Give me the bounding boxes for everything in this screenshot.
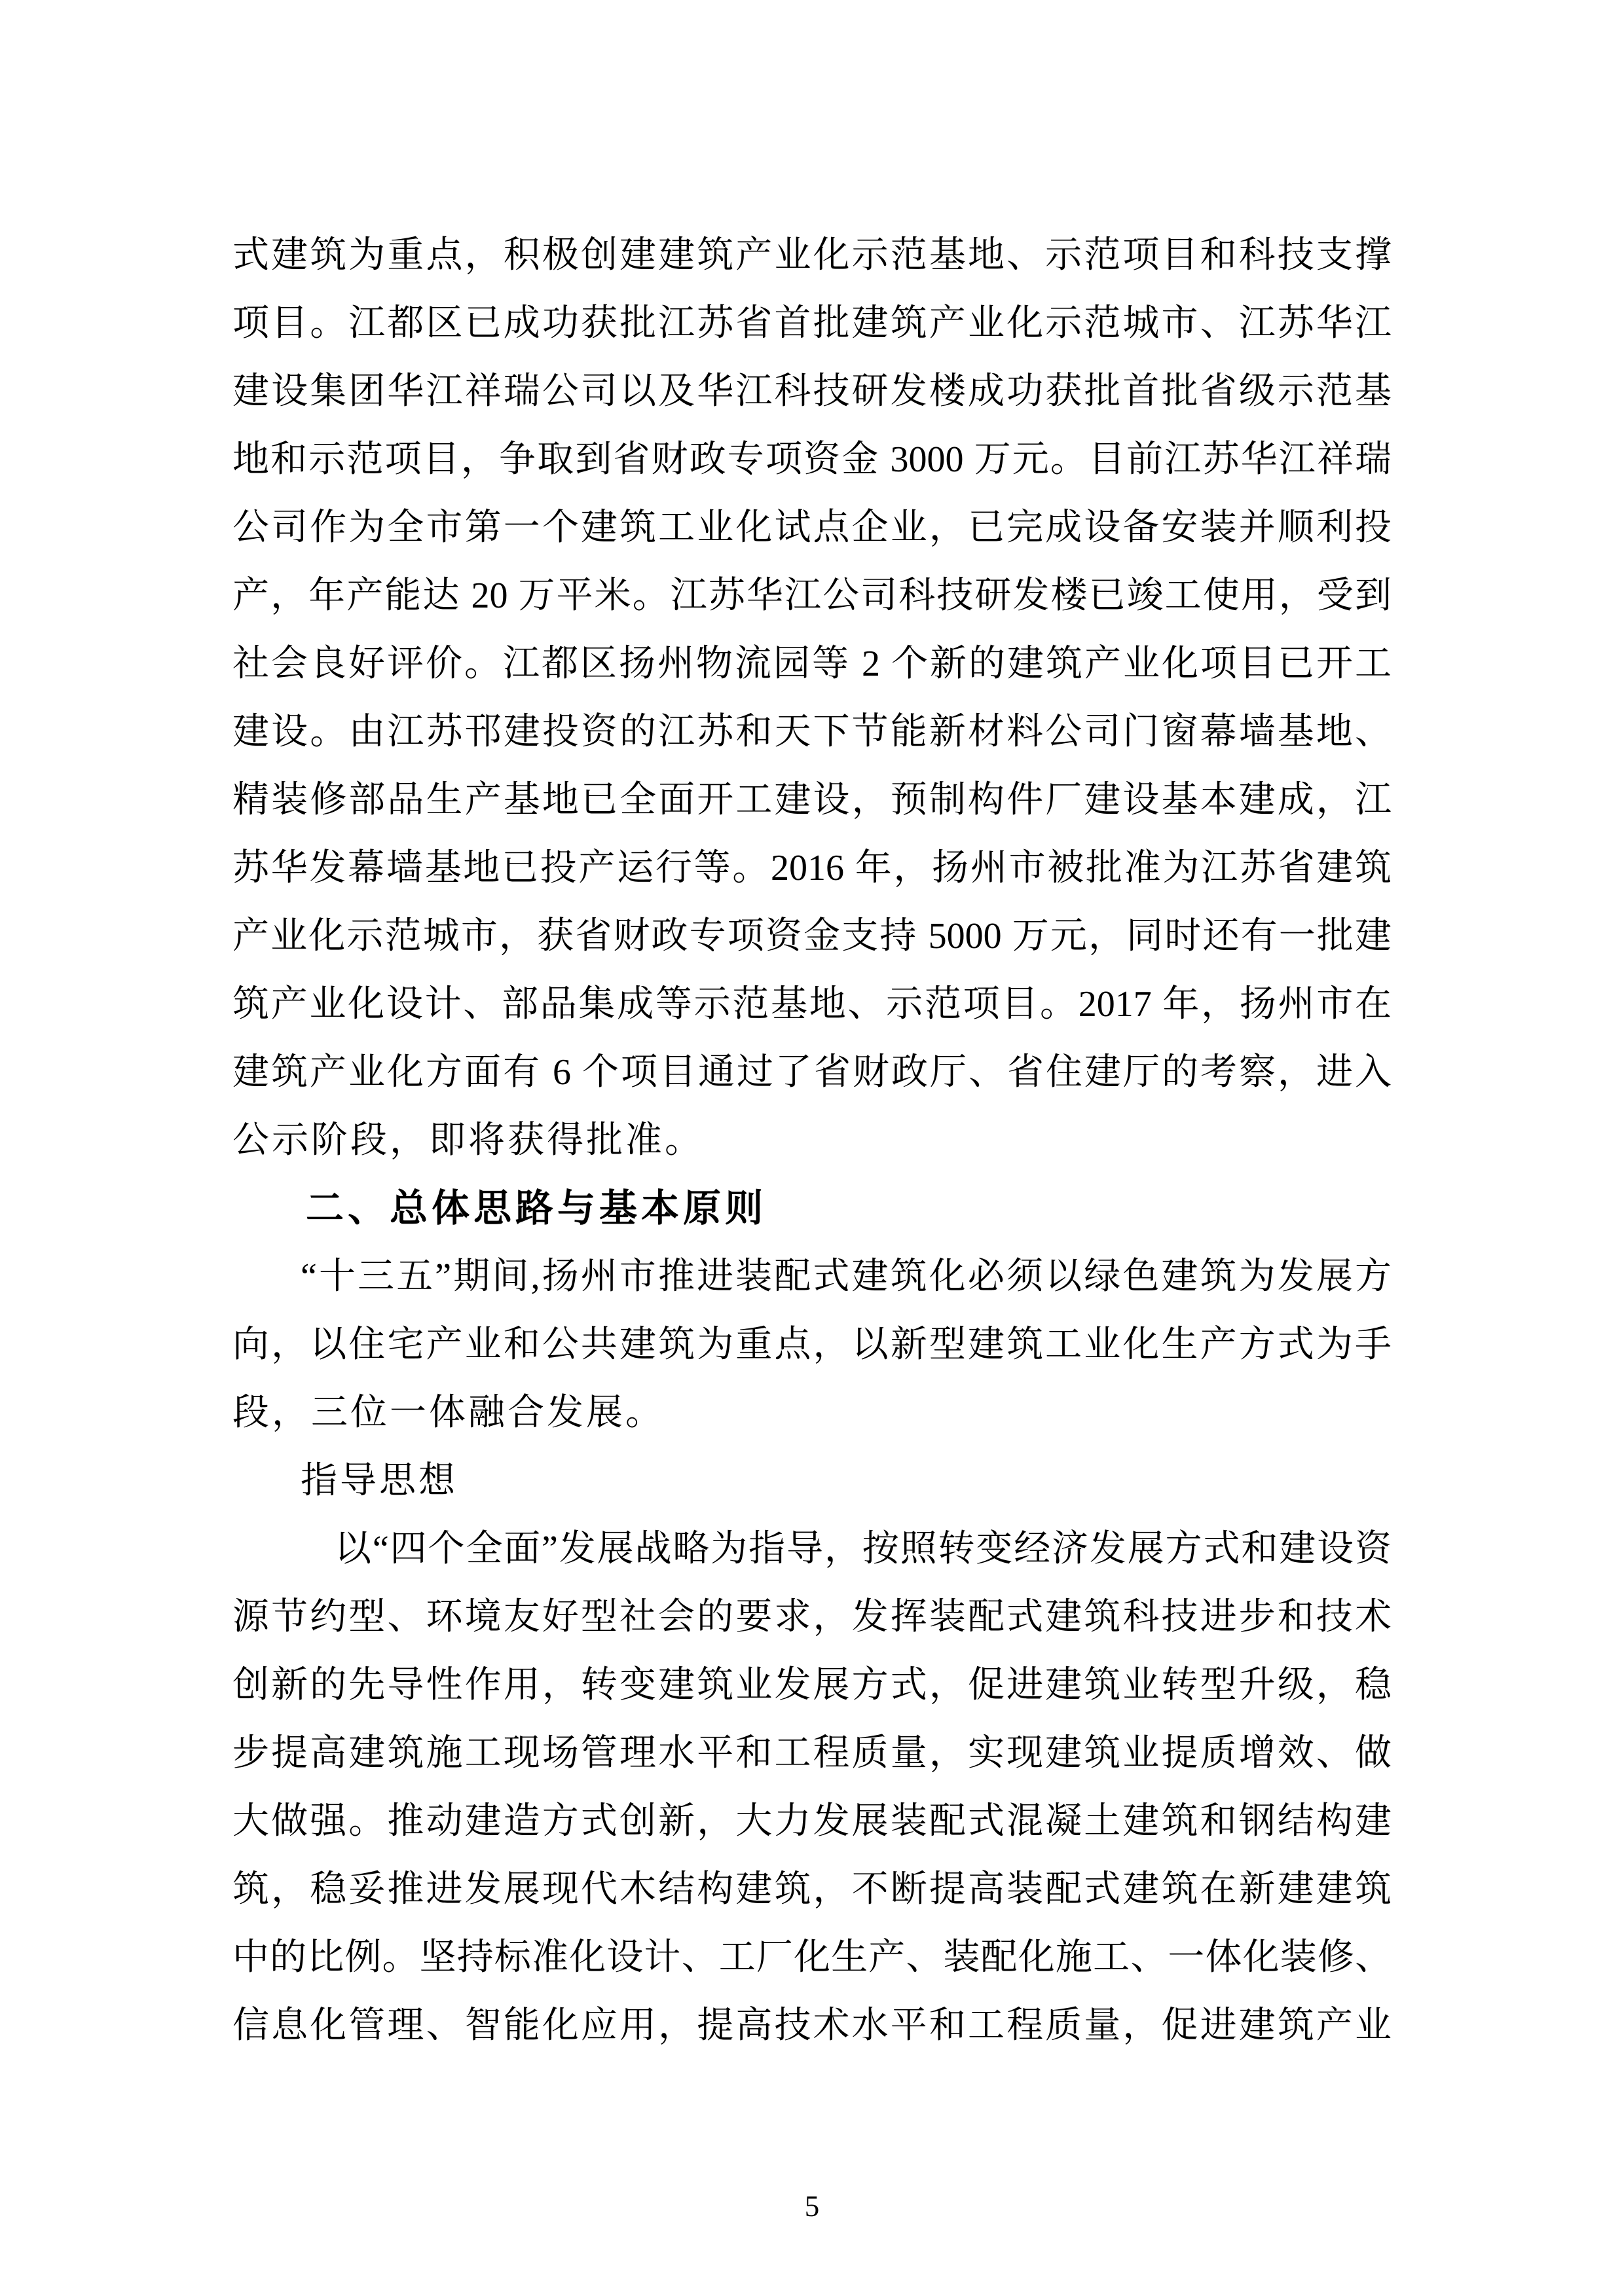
document-page: 式建筑为重点，积极创建建筑产业化示范基地、示范项目和科技支撑 项目。江都区已成功…	[0, 0, 1624, 2296]
para3-line: 筑，稳妥推进发展现代木结构建筑，不断提高装配式建筑在新建建筑	[232, 1855, 1392, 1923]
para3-line: 中的比例。坚持标准化设计、工厂化生产、装配化施工、一体化装修、	[232, 1923, 1392, 1992]
para2-line: “十三五”期间,扬州市推进装配式建筑化必须以绿色建筑为发展方	[232, 1243, 1392, 1311]
para3-line: 源节约型、环境友好型社会的要求，发挥装配式建筑科技进步和技术	[232, 1583, 1392, 1651]
para1-line: 式建筑为重点，积极创建建筑产业化示范基地、示范项目和科技支撑	[232, 221, 1392, 289]
sub-heading: 指导思想	[232, 1447, 1392, 1515]
para1-line: 社会良好评价。江都区扬州物流园等 2 个新的建筑产业化项目已开工	[232, 630, 1392, 698]
para2-line-last: 段，三位一体融合发展。	[232, 1379, 1392, 1447]
para1-line: 建设集团华江祥瑞公司以及华江科技研发楼成功获批首批省级示范基	[232, 357, 1392, 426]
text-block: 式建筑为重点，积极创建建筑产业化示范基地、示范项目和科技支撑 项目。江都区已成功…	[232, 221, 1392, 2060]
page-number: 5	[0, 2187, 1624, 2226]
para1-line: 项目。江都区已成功获批江苏省首批建筑产业化示范城市、江苏华江	[232, 289, 1392, 357]
para1-line-last: 公示阶段，即将获得批准。	[232, 1106, 1392, 1175]
para1-line: 产业化示范城市，获省财政专项资金支持 5000 万元，同时还有一批建	[232, 902, 1392, 970]
para1-line: 精装修部品生产基地已全面开工建设，预制构件厂建设基本建成，江	[232, 766, 1392, 834]
para1-line: 地和示范项目，争取到省财政专项资金 3000 万元。目前江苏华江祥瑞	[232, 426, 1392, 494]
para1-line: 苏华发幕墙基地已投产运行等。2016 年，扬州市被批准为江苏省建筑	[232, 834, 1392, 902]
para1-line: 建设。由江苏邗建投资的江苏和天下节能新材料公司门窗幕墙基地、	[232, 698, 1392, 766]
section-heading: 二、总体思路与基本原则	[232, 1175, 1392, 1243]
para1-line: 建筑产业化方面有 6 个项目通过了省财政厅、省住建厅的考察，进入	[232, 1038, 1392, 1106]
para3-line: 创新的先导性作用，转变建筑业发展方式，促进建筑业转型升级，稳	[232, 1651, 1392, 1719]
para3-line: 步提高建筑施工现场管理水平和工程质量，实现建筑业提质增效、做	[232, 1719, 1392, 1787]
para1-line: 公司作为全市第一个建筑工业化试点企业，已完成设备安装并顺利投	[232, 494, 1392, 562]
para3-line: 信息化管理、智能化应用，提高技术水平和工程质量，促进建筑产业	[232, 1992, 1392, 2060]
para1-line: 筑产业化设计、部品集成等示范基地、示范项目。2017 年，扬州市在	[232, 970, 1392, 1038]
para1-line: 产，年产能达 20 万平米。江苏华江公司科技研发楼已竣工使用，受到	[232, 562, 1392, 630]
para3-line: 大做强。推动建造方式创新，大力发展装配式混凝土建筑和钢结构建	[232, 1787, 1392, 1855]
para2-line: 向，以住宅产业和公共建筑为重点，以新型建筑工业化生产方式为手	[232, 1311, 1392, 1379]
para3-line: 以“四个全面”发展战略为指导，按照转变经济发展方式和建设资	[232, 1515, 1392, 1583]
